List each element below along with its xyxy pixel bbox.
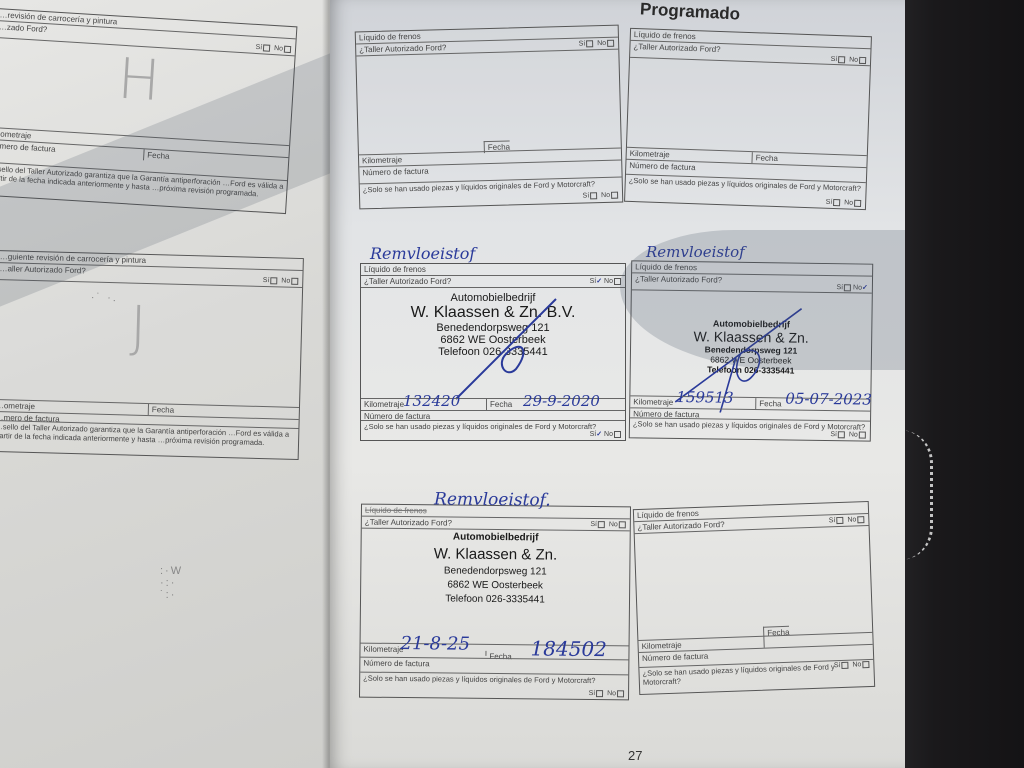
watermark-letter-h: H bbox=[116, 47, 162, 114]
authorized-row: ¿Taller Autorizado Ford? Sí No bbox=[362, 517, 630, 532]
yes-no-checkboxes[interactable]: Sí No bbox=[829, 514, 865, 526]
date-label: Fecha bbox=[484, 140, 511, 153]
stamp-postcode: 6862 WE Oosterbeek bbox=[361, 334, 625, 346]
stamp-phone: Telefoon 026-3335441 bbox=[641, 363, 861, 376]
date-label: Fecha bbox=[148, 404, 175, 416]
date-label: Fecha bbox=[143, 149, 170, 162]
date-label: Fecha bbox=[486, 399, 512, 410]
authorized-label: …aller Autorizado Ford? bbox=[0, 264, 86, 275]
yes-no-checkboxes[interactable]: Sí✓ No bbox=[590, 276, 621, 287]
date-label: Fecha bbox=[755, 398, 781, 409]
date-label: Fecha bbox=[485, 651, 511, 656]
service-entry-bottom-left: Líquido de frenos Remvloeistof. ¿Taller … bbox=[359, 504, 631, 701]
ink-specks: ·˙ ·. bbox=[91, 291, 118, 304]
yes-no-checkboxes[interactable]: Sí No bbox=[830, 430, 866, 439]
stamp-line-1: Automobielbedrijf bbox=[361, 292, 625, 304]
stamp-phone: Telefoon 026-3335441 bbox=[361, 593, 629, 607]
workshop-stamp: Automobielbedrijf W. Klaassen & Zn. B.V.… bbox=[361, 292, 625, 358]
yes-no-checkboxes[interactable]: Sí No bbox=[255, 42, 291, 55]
service-entry-mid-left: Líquido de frenos ¿Taller Autorizado For… bbox=[360, 263, 626, 441]
warranty-note: …sello del Taller Autorizado garantiza q… bbox=[0, 420, 298, 459]
page-number: 27 bbox=[628, 748, 642, 763]
date-value: 29-9-2020 bbox=[523, 392, 600, 410]
handwritten-title: Remvloeistof. bbox=[434, 489, 551, 510]
yes-no-checkboxes[interactable]: Sí No✓ bbox=[836, 282, 868, 293]
stamp-address: Benedendorpsweg 121 bbox=[361, 322, 625, 334]
yes-no-checkboxes[interactable]: Sí No bbox=[589, 689, 625, 698]
stamp-postcode: 6862 WE Oosterbeek bbox=[361, 579, 629, 593]
service-entry-mid-right: Líquido de frenos ¿Taller Autorizado For… bbox=[629, 260, 873, 441]
date-value: 184502 bbox=[530, 636, 607, 661]
original-parts-row: ¿Solo se han usado piezas y líquidos ori… bbox=[361, 420, 625, 440]
service-entry-bottom-right: Líquido de frenos ¿Taller Autorizado For… bbox=[633, 501, 875, 695]
handwritten-title: Remvloeistof bbox=[646, 243, 745, 261]
yes-no-checkboxes[interactable]: Sí No bbox=[583, 191, 619, 201]
yes-no-checkboxes[interactable]: Sí No bbox=[263, 275, 299, 287]
yes-no-checkboxes[interactable]: Sí No bbox=[579, 38, 615, 50]
stamp-line-1: Automobielbedrijf bbox=[362, 531, 630, 545]
stamp-phone: Telefoon 026-3335441 bbox=[361, 346, 625, 358]
ink-specks: :·W·:·˙:· bbox=[160, 565, 183, 601]
km-value: 132420 bbox=[403, 392, 460, 410]
warranty-note: …sello del Taller Autorizado garantiza q… bbox=[0, 162, 287, 213]
brake-fluid-label: Líquido de frenos bbox=[361, 264, 625, 276]
left-page: …revisión de carrocería y pintura …zado … bbox=[0, 0, 330, 768]
left-form-h: …revisión de carrocería y pintura …zado … bbox=[0, 8, 297, 214]
yes-no-checkboxes[interactable]: Sí No bbox=[834, 660, 870, 670]
stamp-company: W. Klaassen & Zn. B.V. bbox=[361, 304, 625, 322]
yes-no-checkboxes[interactable]: Sí No bbox=[826, 198, 862, 208]
authorized-row: ¿Taller Autorizado Ford? Sí✓ No bbox=[361, 276, 625, 288]
date-label: Fecha bbox=[751, 152, 778, 164]
date-value: 05-07-2023 bbox=[785, 389, 872, 408]
date-label: Fecha bbox=[763, 626, 790, 648]
handwritten-title: Remvloeistof bbox=[370, 244, 475, 263]
invoice-row: Número de factura bbox=[360, 657, 628, 672]
yes-no-checkboxes[interactable]: Sí✓ No bbox=[590, 430, 621, 439]
authorized-label: …zado Ford? bbox=[0, 22, 48, 34]
stamp-address: Benedendorpsweg 121 bbox=[361, 565, 629, 579]
service-entry-top-left: Líquido de frenos ¿Taller Autorizado For… bbox=[355, 25, 624, 210]
km-value: 159513 bbox=[676, 388, 734, 407]
page-header-title: Programado bbox=[640, 0, 741, 25]
workshop-stamp: Automobielbedrijf W. Klaassen & Zn. Bene… bbox=[361, 531, 630, 607]
yes-no-checkboxes[interactable]: Sí No bbox=[590, 519, 626, 530]
watermark-letter-j: J bbox=[129, 295, 147, 360]
yes-no-checkboxes[interactable]: Sí No bbox=[830, 54, 866, 66]
km-value: 21-8-25 bbox=[400, 633, 470, 655]
original-parts-row: ¿Solo se han usado piezas y líquidos ori… bbox=[360, 672, 628, 700]
stamp-company: W. Klaassen & Zn. bbox=[361, 545, 629, 565]
service-entry-top-right: Líquido de frenos ¿Taller Autorizado For… bbox=[624, 28, 872, 210]
original-parts-row: ¿Solo se han usado piezas y líquidos ori… bbox=[630, 417, 870, 440]
authorized-row: ¿Taller Autorizado Ford? Sí No✓ bbox=[632, 273, 872, 293]
booklet-photo: …revisión de carrocería y pintura …zado … bbox=[0, 0, 1024, 768]
left-form-j: …guiente revisión de carrocería y pintur… bbox=[0, 250, 304, 460]
workshop-stamp: Automobielbedrijf W. Klaassen & Zn. Bene… bbox=[641, 317, 862, 376]
